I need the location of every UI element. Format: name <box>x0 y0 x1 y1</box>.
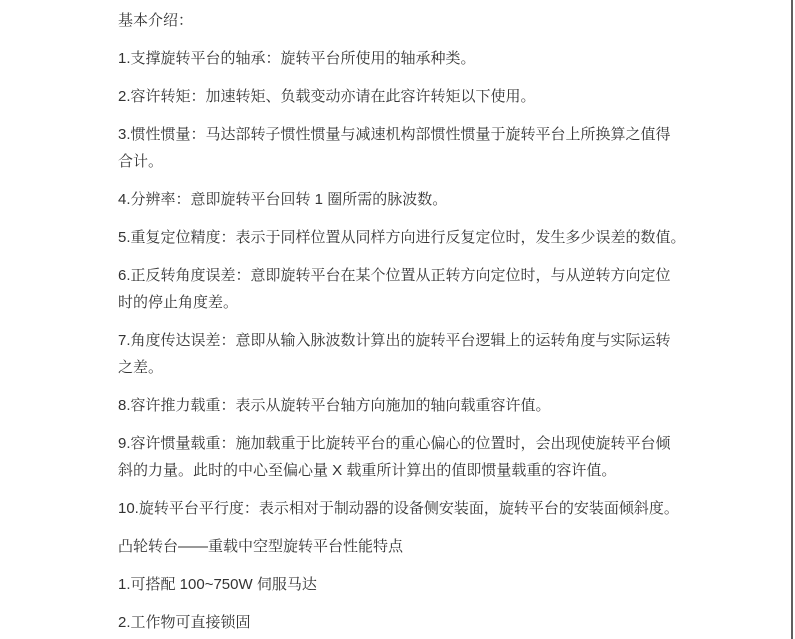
intro-heading: 基本介绍： <box>118 7 696 34</box>
text-line: 6.正反转角度误差：意即旋转平台在某个位置从正转方向定位时，与从逆转方向定位 <box>118 262 696 289</box>
text-line: 9.容许惯量载重：施加载重于比旋转平台的重心偏心的位置时，会出现使旋转平台倾 <box>118 430 696 457</box>
text-line: 凸轮转台——重载中空型旋转平台性能特点 <box>118 533 696 560</box>
feature-item-2: 2.工作物可直接锁固 <box>118 609 696 636</box>
text-line: 2.容许转矩：加速转矩、负载变动亦请在此容许转矩以下使用。 <box>118 83 696 110</box>
text-line: 1.可搭配 100~750W 伺服马达 <box>118 571 696 598</box>
intro-item-7: 7.角度传达误差：意即从输入脉波数计算出的旋转平台逻辑上的运转角度与实际运转 之… <box>118 327 696 381</box>
document-page: 基本介绍： 1.支撑旋转平台的轴承：旋转平台所使用的轴承种类。 2.容许转矩：加… <box>0 0 795 639</box>
intro-item-6: 6.正反转角度误差：意即旋转平台在某个位置从正转方向定位时，与从逆转方向定位 时… <box>118 262 696 316</box>
text-line: 基本介绍： <box>118 7 696 34</box>
text-line: 4.分辨率：意即旋转平台回转 1 圈所需的脉波数。 <box>118 186 696 213</box>
text-line: 斜的力量。此时的中心至偏心量 X 载重所计算出的值即惯量载重的容许值。 <box>118 457 696 484</box>
feature-item-1: 1.可搭配 100~750W 伺服马达 <box>118 571 696 598</box>
intro-item-10: 10.旋转平台平行度：表示相对于制动器的设备侧安装面，旋转平台的安装面倾斜度。 <box>118 495 696 522</box>
text-line: 7.角度传达误差：意即从输入脉波数计算出的旋转平台逻辑上的运转角度与实际运转 <box>118 327 696 354</box>
text-line: 1.支撑旋转平台的轴承：旋转平台所使用的轴承种类。 <box>118 45 696 72</box>
features-heading: 凸轮转台——重载中空型旋转平台性能特点 <box>118 533 696 560</box>
intro-item-3: 3.惯性惯量：马达部转子惯性惯量与减速机构部惯性惯量于旋转平台上所换算之值得 合… <box>118 121 696 175</box>
intro-item-2: 2.容许转矩：加速转矩、负载变动亦请在此容许转矩以下使用。 <box>118 83 696 110</box>
document-body-text: 基本介绍： 1.支撑旋转平台的轴承：旋转平台所使用的轴承种类。 2.容许转矩：加… <box>118 7 696 639</box>
text-line: 之差。 <box>118 354 696 381</box>
text-line: 5.重复定位精度：表示于同样位置从同样方向进行反复定位时，发生多少误差的数值。 <box>118 224 696 251</box>
intro-item-8: 8.容许推力载重：表示从旋转平台轴方向施加的轴向载重容许值。 <box>118 392 696 419</box>
intro-item-9: 9.容许惯量载重：施加载重于比旋转平台的重心偏心的位置时，会出现使旋转平台倾 斜… <box>118 430 696 484</box>
text-line: 时的停止角度差。 <box>118 289 696 316</box>
text-line: 合计。 <box>118 148 696 175</box>
intro-item-5: 5.重复定位精度：表示于同样位置从同样方向进行反复定位时，发生多少误差的数值。 <box>118 224 696 251</box>
intro-item-1: 1.支撑旋转平台的轴承：旋转平台所使用的轴承种类。 <box>118 45 696 72</box>
text-line: 10.旋转平台平行度：表示相对于制动器的设备侧安装面，旋转平台的安装面倾斜度。 <box>118 495 696 522</box>
intro-item-4: 4.分辨率：意即旋转平台回转 1 圈所需的脉波数。 <box>118 186 696 213</box>
window-right-border-line <box>791 0 793 639</box>
text-line: 2.工作物可直接锁固 <box>118 609 696 636</box>
text-line: 3.惯性惯量：马达部转子惯性惯量与减速机构部惯性惯量于旋转平台上所换算之值得 <box>118 121 696 148</box>
text-line: 8.容许推力载重：表示从旋转平台轴方向施加的轴向载重容许值。 <box>118 392 696 419</box>
